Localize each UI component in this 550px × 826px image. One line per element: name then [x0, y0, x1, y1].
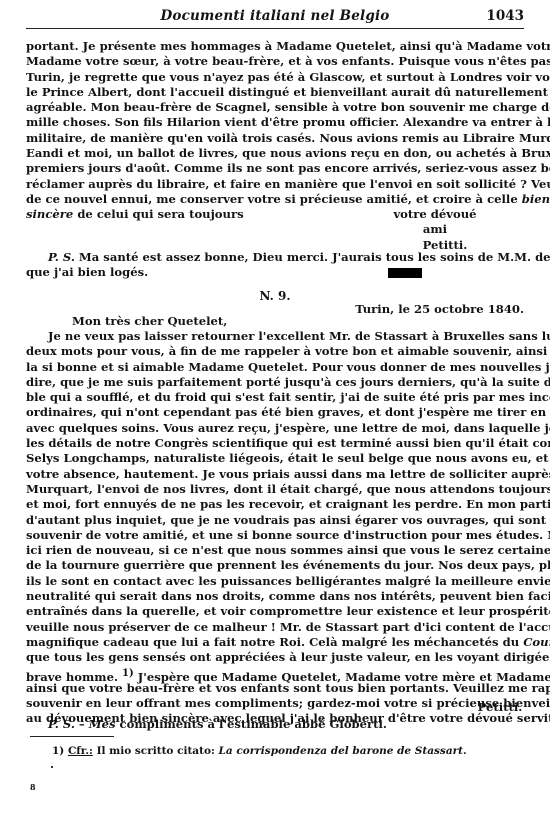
text-line: ble qui a soufflé, et du froid qui s'est… [26, 390, 524, 405]
redaction-mark [388, 268, 422, 278]
letter-number: N. 9. [0, 289, 550, 303]
text-line: militaire, de manière qu'en voilà trois … [26, 131, 524, 146]
text-line: neutralité qui serait dans nos droits, c… [26, 589, 524, 604]
ps-text: que j'ai bien logés. [26, 265, 148, 279]
running-header-title: Documenti italiani nel Belgio [26, 8, 524, 24]
text-line: ils le sont en contact avec les puissanc… [26, 574, 524, 589]
closing-phrase: votre dévoué ami [380, 207, 490, 238]
newspaper-title: Courrier de la Meuse, [523, 635, 550, 649]
header-rule [26, 28, 524, 29]
text-line: Selys Longchamps, naturaliste liégeois, … [26, 451, 524, 466]
ps-dash: – [75, 717, 89, 731]
letter-9-body: Je ne veux pas laisser retourner l'excel… [26, 329, 524, 727]
dateline: Turin, le 25 octobre 1840. [355, 302, 524, 316]
text-line: dire, que je me suis parfaitement porté … [26, 375, 524, 390]
footnote-mark: 1) [52, 745, 64, 757]
text-line: souvenir de votre amitié, et une si bonn… [26, 528, 524, 543]
text-line: Eandi et moi, un ballot de livres, que n… [26, 146, 524, 161]
text-line: que j'ai bien logés. [26, 265, 524, 280]
text-line: d'autant plus inquiet, que je ne voudrai… [26, 513, 524, 528]
text-line: portant. Je présente mes hommages à Mada… [26, 39, 524, 54]
ps-italic: Mes [89, 717, 116, 731]
footnote-rule [30, 736, 114, 737]
text-line: le Prince Albert, dont l'accueil disting… [26, 85, 524, 100]
text-line: votre absence, hautement. Je vous priais… [26, 467, 524, 482]
footnote-italic-title: La corrispondenza del barone de Stassart… [219, 745, 467, 757]
speck [51, 766, 53, 768]
text-line: ordinaires, qui n'ont cependant pas été … [26, 405, 524, 420]
text-line: les détails de notre Congrès scientifiqu… [26, 436, 524, 451]
text-line: Madame votre sœur, à votre beau-frère, e… [26, 54, 524, 69]
page-number: 1043 [486, 8, 524, 24]
ps-label: P. S. [48, 717, 75, 731]
ps-text: compliments à l'estimable abbé Gioberti. [116, 717, 387, 731]
italic-phrase: bien dévouée, et bien [522, 192, 550, 206]
footnote-reference[interactable]: 1) [122, 668, 134, 679]
text-line: avec quelques soins. Vous aurez reçu, j'… [26, 421, 524, 436]
running-header: Documenti italiani nel Belgio 1043 [26, 6, 524, 26]
text-line: et moi, fort ennuyés de ne pas les recev… [26, 497, 524, 512]
text-line: premiers jours d'août. Comme ils ne sont… [26, 161, 524, 176]
text-line: magnifique cadeau que lui a fait notre R… [26, 635, 524, 650]
document-page: Documenti italiani nel Belgio 1043 porta… [0, 0, 550, 826]
text-line: réclamer auprès du libraire, et faire en… [26, 177, 524, 192]
text-line: Je ne veux pas laisser retourner l'excel… [26, 329, 524, 344]
text-line: brave homme. 1) J'espère que Madame Quet… [26, 666, 524, 681]
text-line: agréable. Mon beau-frère de Scagnel, sen… [26, 100, 524, 115]
text-line: de ce nouvel ennui, me conserver votre s… [26, 192, 524, 207]
letter-9-signature: Petitti. [470, 700, 530, 715]
text-line: deux mots pour vous, à fin de me rappele… [26, 344, 524, 359]
footnote: 1) Cfr.: Il mio scritto citato: La corri… [52, 745, 467, 757]
text-line: P. S. Ma santé est assez bonne, Dieu mer… [26, 250, 524, 265]
footnote-text: Il mio scritto citato: [93, 745, 219, 757]
text-line: Murquart, l'envoi de nos livres, dont il… [26, 482, 524, 497]
letter-8-closing: votre dévoué ami Petitti. [380, 207, 490, 253]
italic-phrase: sincère [26, 207, 73, 221]
letter-9-postscript: P. S. – Mes compliments à l'estimable ab… [48, 717, 387, 731]
text-line: de la tournure guerrière que prennent le… [26, 558, 524, 573]
text-line: entraînés dans la querelle, et voir comp… [26, 604, 524, 619]
sheet-signature: 8 [30, 782, 36, 792]
letter-8-postscript: P. S. Ma santé est assez bonne, Dieu mer… [26, 250, 524, 281]
text-line: veuille nous préserver de ce malheur ! M… [26, 620, 524, 635]
text-line: la si bonne et si aimable Madame Quetele… [26, 360, 524, 375]
letter-8-continuation: portant. Je présente mes hommages à Mada… [26, 39, 524, 223]
ps-text: Ma santé est assez bonne, Dieu merci. J'… [79, 250, 550, 264]
text-line: Turin, je regrette que vous n'ayez pas é… [26, 70, 524, 85]
text-segment: magnifique cadeau que lui a fait notre R… [26, 635, 519, 649]
text-line: ainsi que votre beau-frère et vos enfant… [26, 681, 524, 696]
ps-label: P. S. [48, 250, 75, 264]
text-segment: de ce nouvel ennui, me conserver votre s… [26, 192, 518, 206]
text-segment: de celui qui sera toujours [77, 207, 243, 221]
text-line: ici rien de nouveau, si ce n'est que nou… [26, 543, 524, 558]
text-line: souvenir en leur offrant mes compliments… [26, 696, 524, 711]
footnote-label: Cfr.: [68, 745, 93, 757]
text-line: que tous les gens sensés ont appréciées … [26, 650, 524, 665]
text-line: mille choses. Son fils Hilarion vient d'… [26, 115, 524, 130]
salutation: Mon très cher Quetelet, [72, 314, 227, 328]
